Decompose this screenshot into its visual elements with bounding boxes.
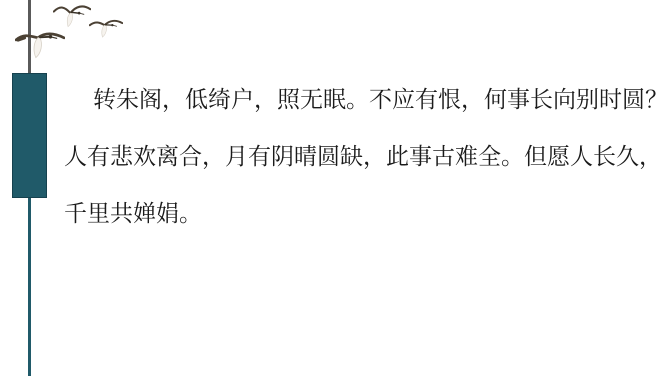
crane-bird-icon [89, 16, 123, 40]
crane-bird-icon [15, 24, 65, 60]
poem-line: 千里共婵娟。 [64, 186, 662, 243]
poem-line: 人有悲欢离合，月有阴晴圆缺，此事古难全。但愿人长久， [64, 129, 662, 186]
poem-line: 转朱阁，低绮户，照无眠。不应有恨，何事长向别时圆？ [64, 72, 662, 129]
crane-bird-icon [53, 2, 91, 29]
presentation-slide: 转朱阁，低绮户，照无眠。不应有恨，何事长向别时圆？ 人有悲欢离合，月有阴晴圆缺，… [0, 0, 668, 376]
vertical-line-bottom [28, 198, 31, 376]
poem-text-block: 转朱阁，低绮户，照无眠。不应有恨，何事长向别时圆？ 人有悲欢离合，月有阴晴圆缺，… [64, 72, 662, 243]
teal-accent-bar [12, 73, 47, 198]
